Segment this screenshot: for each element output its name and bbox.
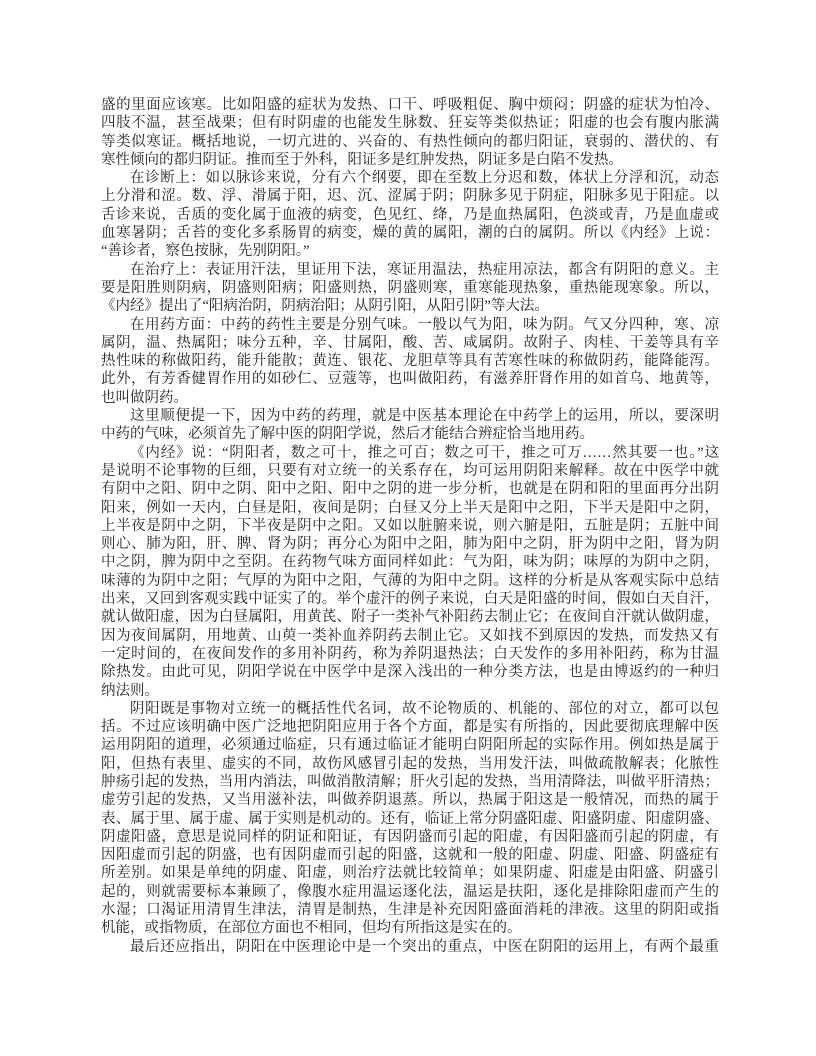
text-line: 水湿；口渴证用清胃生津法，清胃是制热，生津是补充因阳盛面消耗的津液。这里的阴阳或… — [101, 901, 719, 919]
text-line: 出来，又回到客观实践中证实了的。举个虚汗的例子来说，白天是阳盛的时间，假如白天自… — [101, 590, 719, 608]
paragraph: 这里顺便提一下，因为中药的药理，就是中医基本理论在中药学上的运用，所以，要深明中… — [101, 407, 719, 444]
paragraph: 在诊断上：如以脉诊来说，分有六个纲要，即在至数上分迟和数，体状上分浮和沉，动态上… — [101, 169, 719, 260]
text-line: “善诊者，察色按脉，先别阴阳。” — [101, 242, 719, 260]
text-line: 则心、肺为阳，肝、脾、肾为阴；再分心为阳中之阳，肺为阳中之阴，肝为阴中之阳，肾为… — [101, 535, 719, 553]
text-line: 舌诊来说，舌质的变化属于血液的病变，色见红、绛，乃是血热属阳，色淡或青，乃是血虚… — [101, 206, 719, 224]
text-line: 盛的里面应该寒。比如阳盛的症状为发热、口干、呼吸粗促、胸中烦闷；阴盛的症状为怕冷… — [101, 96, 719, 114]
text-line: 表、属于里、属于虚、属于实则是机动的。还有，临证上常分阴盛阳虚、阳盛阴虚、阳虚阴… — [101, 810, 719, 828]
text-line: 也叫做阴药。 — [101, 389, 719, 407]
text-line: 肿疡引起的发热，当用内消法，叫做消散清解；肝火引起的发热，当用清降法，叫做平肝清… — [101, 773, 719, 791]
text-line: 所差别。如果是单纯的阴虚、阳虚，则治疗法就比较简单；如果阴虚、阳虚是由阳盛、阴盛… — [101, 864, 719, 882]
text-line: 味薄的为阴中之阳；气厚的为阳中之阳，气薄的为阳中之阴。这样的分析是从客观实际中总… — [101, 572, 719, 590]
text-line: 寒性倾向的都归阴证。推而至于外科，阳证多是红肿发热，阴证多是白陷不发热。 — [101, 151, 719, 169]
paragraph: 阴阳既是事物对立统一的概括性代名词，故不论物质的、机能的、部位的对立，都可以包括… — [101, 700, 719, 938]
paragraph: 《内经》说：“阴阳者，数之可十，推之可百；数之可干，推之可万……然其要一也。”这… — [101, 444, 719, 700]
paragraph: 在治疗上：表证用汗法，里证用下法，寒证用温法，热症用凉法，都含有阴阳的意义。主要… — [101, 261, 719, 316]
text-line: 此外，有芳香健胃作用的如砂仁、豆蔻等，也叫做阳药，有滋养肝肾作用的如首乌、地黄等… — [101, 370, 719, 388]
text-line: 就认做阳虚，因为白昼属阳，用黄芪、附子一类补气补阳药去制止它；在夜间自汗就认做阴… — [101, 608, 719, 626]
text-line: 阳，但热有表里、虚实的不同，故伤风感冒引起的发热，当用发汗法，叫做疏散解表；化脓… — [101, 755, 719, 773]
text-line: 有阴中之阳、阴中之阴、阳中之阳、阳中之阴的进一步分析，也就是在阴和阳的里面再分出… — [101, 480, 719, 498]
text-line: 等类似寒证。概括地说，一切亢进的、兴奋的、有热性倾向的都归阳证，衰弱的、潜伏的、… — [101, 133, 719, 151]
text-line: 除热发。由此可见，阴阳学说在中医学中是深入浅出的一种分类方法，也是由博返约的一种… — [101, 663, 719, 681]
text-line: 因阳虚而引起的阴盛，也有因阴虚而引起的阳盛，这就和一般的阳虚、阴虚、阳盛、阴盛症… — [101, 846, 719, 864]
text-line: 最后还应指出，阴阳在中医理论中是一个突出的重点，中医在阴阳的运用上，有两个最重 — [101, 938, 719, 956]
text-line: 属阴，温、热属阳；味分五种，辛、甘属阳，酸、苦、咸属阴。故附子、肉桂、干姜等具有… — [101, 334, 719, 352]
text-line: 上半夜是阴中之阴，下半夜是阴中之阳。又如以脏腑来说，则六腑是阳，五脏是阴；五脏中… — [101, 517, 719, 535]
text-line: 括。不过应该明确中医广泛地把阴阳应用于各个方面，都是实有所指的，因此要彻底理解中… — [101, 718, 719, 736]
text-line: 热性味的称做阳药，能升能散；黄连、银花、龙胆草等具有苦寒性味的称做阴药，能降能泻… — [101, 352, 719, 370]
text-line: 运用阴阳的道理，必须通过临症，只有通过临证才能明白阴阳所起的实际作用。例如热是属… — [101, 736, 719, 754]
text-line: 在用药方面：中药的药性主要是分别气味。一般以气为阳，味为阴。气又分四种，寒、凉 — [101, 316, 719, 334]
text-line: 在治疗上：表证用汗法，里证用下法，寒证用温法，热症用凉法，都含有阴阳的意义。主 — [101, 261, 719, 279]
text-line: 中药的气味，必须首先了解中医的阴阳学说，然后才能结合辨症恰当地用药。 — [101, 425, 719, 443]
text-line: 阴阳既是事物对立统一的概括性代名词，故不论物质的、机能的、部位的对立，都可以包 — [101, 700, 719, 718]
text-line: 纳法则。 — [101, 682, 719, 700]
text-column: 盛的里面应该寒。比如阳盛的症状为发热、口干、呼吸粗促、胸中烦闷；阴盛的症状为怕冷… — [101, 96, 719, 956]
text-line: 起的，则就需要标本兼顾了，像腹水症用温运逐化法，温运是扶阳，逐化是排除阳虚而产生… — [101, 883, 719, 901]
text-line: 上分滑和涩。数、浮、滑属于阳，迟、沉、涩属于阴；阴脉多见于阴症，阳脉多见于阳症。… — [101, 187, 719, 205]
text-line: 《内经》提出了“阳病治阴，阴病治阳；从阴引阳，从阳引阴”等大法。 — [101, 297, 719, 315]
text-line: 《内经》说：“阴阳者，数之可十，推之可百；数之可干，推之可万……然其要一也。”这 — [101, 444, 719, 462]
text-line: 是说明不论事物的巨细，只要有对立统一的关系存在，均可运用阴阳来解释。故在中医学中… — [101, 462, 719, 480]
paragraph: 最后还应指出，阴阳在中医理论中是一个突出的重点，中医在阴阳的运用上，有两个最重 — [101, 938, 719, 956]
paragraph: 盛的里面应该寒。比如阳盛的症状为发热、口干、呼吸粗促、胸中烦闷；阴盛的症状为怕冷… — [101, 96, 719, 169]
text-line: 四肢不温，甚至战栗；但有时阴虚的也能发生脉数、狂妄等类似热证；阳虚的也会有腹内胀… — [101, 114, 719, 132]
text-line: 因为夜间属阴，用地黄、山萸一类补血养阴药去制止它。又如找不到原因的发热，而发热又… — [101, 627, 719, 645]
text-line: 机能，或指物质，在部位方面也不相同，但均有所指这是实在的。 — [101, 919, 719, 937]
paragraph: 在用药方面：中药的药性主要是分别气味。一般以气为阳，味为阴。气又分四种，寒、凉属… — [101, 316, 719, 407]
text-line: 虚劳引起的发热，又当用滋补法，叫做养阴退蒸。所以，热属于阳这是一般情况，而热的属… — [101, 791, 719, 809]
text-line: 这里顺便提一下，因为中药的药理，就是中医基本理论在中药学上的运用，所以，要深明 — [101, 407, 719, 425]
text-line: 一定时间的，在夜间发作的多用补阴药，称为养阴退热法；白天发作的多用补阳药，称为甘… — [101, 645, 719, 663]
text-line: 中之阴，脾为阴中之至阴。在药物气味方面同样如此：气为阳，味为阴；味厚的为阴中之阴… — [101, 553, 719, 571]
text-line: 阴虚阳盛，意思是说同样的阴证和阳证，有因阴盛而引起的阳虚，有因阳盛而引起的阴虚，… — [101, 828, 719, 846]
text-line: 要是阳胜则阴病，阴盛则阳病；阳盛则热，阴盛则寒，重寒能现热象，重热能现寒象。所以… — [101, 279, 719, 297]
text-line: 阳来，例如一天内，白昼是阳，夜间是阴；白昼又分上半天是阳中之阳，下半天是阳中之阴… — [101, 499, 719, 517]
text-line: 在诊断上：如以脉诊来说，分有六个纲要，即在至数上分迟和数，体状上分浮和沉，动态 — [101, 169, 719, 187]
text-line: 血寒暑阴；舌苔的变化多系肠胃的病变，燥的黄的属阳，潮的白的属阴。所以《内经》上说… — [101, 224, 719, 242]
document-page: 盛的里面应该寒。比如阳盛的症状为发热、口干、呼吸粗促、胸中烦闷；阴盛的症状为怕冷… — [0, 0, 816, 1056]
